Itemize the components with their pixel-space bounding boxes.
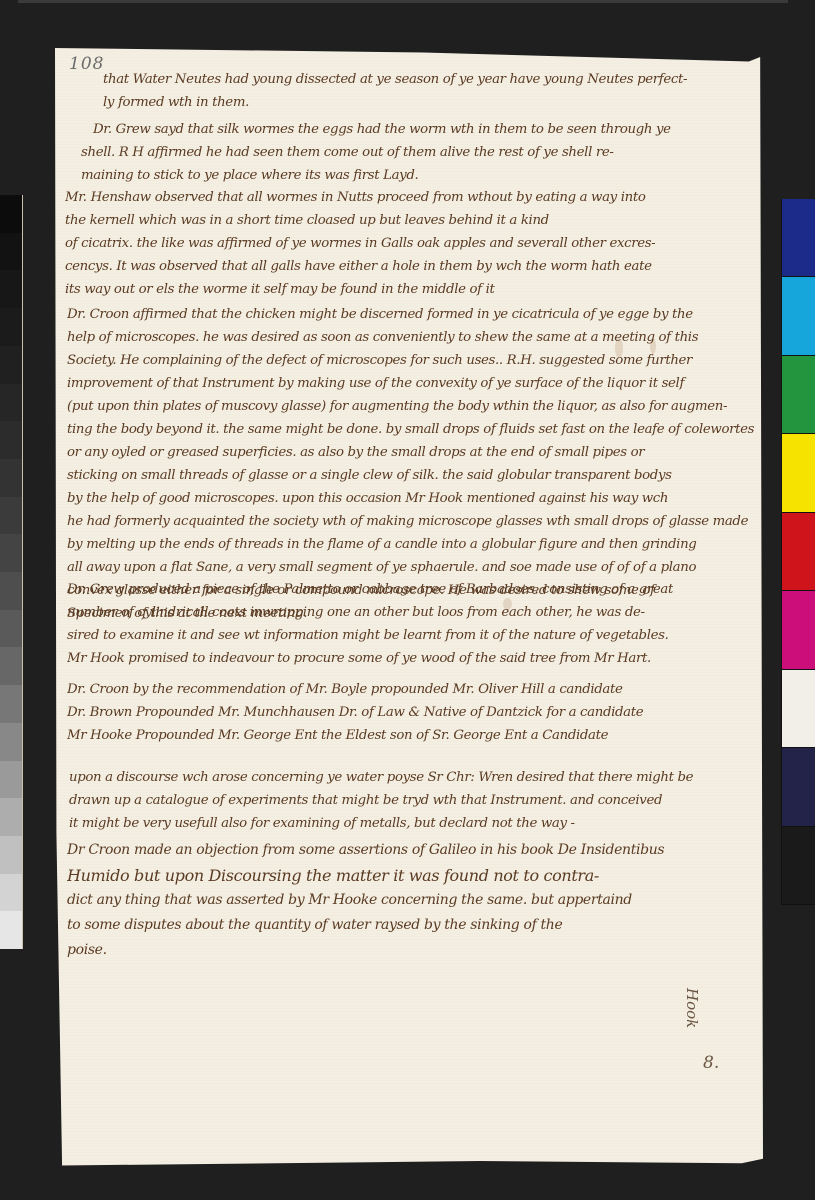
- text-line: Mr Hook promised to indeavour to procure…: [67, 647, 673, 670]
- text-line: sticking on small threads of glasse or a…: [67, 464, 754, 487]
- text-line: shell. R H affirmed he had seen them com…: [81, 141, 671, 164]
- grayscale-step: [0, 911, 22, 949]
- grayscale-step: [0, 761, 22, 799]
- text-line: by melting up the ends of threads in the…: [67, 533, 754, 556]
- color-swatch-blue: [782, 199, 815, 277]
- grayscale-step: [0, 647, 22, 685]
- text-line: Dr. Croon by the recommendation of Mr. B…: [67, 678, 643, 701]
- paragraph-nut-worms: Mr. Henshaw observed that all wormes in …: [65, 186, 655, 301]
- paragraph-candidates: Dr. Croon by the recommendation of Mr. B…: [67, 678, 643, 747]
- paragraph-galileo: Dr Croon made an objection from some ass…: [67, 838, 664, 963]
- grayscale-step: [0, 534, 22, 572]
- grayscale-step: [0, 308, 22, 346]
- text-line: Dr. Brown Propounded Mr. Munchhausen Dr.…: [67, 701, 643, 724]
- text-line: of cicatrix. the like was affirmed of ye…: [65, 232, 655, 255]
- paragraph-water-newts: that Water Neutes had young dissected at…: [91, 68, 687, 114]
- text-line: it might be very usefull also for examin…: [69, 812, 693, 835]
- color-swatch-green: [782, 356, 815, 434]
- color-swatch-cyan: [782, 277, 815, 355]
- paragraph-silk-worms: Dr. Grew sayd that silk wormes the eggs …: [81, 118, 671, 187]
- scan-top-edge: [18, 0, 788, 3]
- grayscale-step: [0, 421, 22, 459]
- grayscale-step: [0, 572, 22, 610]
- grayscale-step: [0, 233, 22, 271]
- grayscale-step: [0, 384, 22, 422]
- text-line: dict any thing that was asserted by Mr H…: [67, 888, 664, 913]
- text-line: drawn up a catalogue of experiments that…: [69, 789, 693, 812]
- grayscale-step: [0, 346, 22, 384]
- text-line: improvement of that Instrument by making…: [67, 372, 754, 395]
- color-calibration-chart: [781, 199, 815, 905]
- text-line: maining to stick to ye place where its w…: [81, 164, 671, 187]
- text-line: its way out or els the worme it self may…: [65, 278, 655, 301]
- manuscript-page: 108 that Water Neutes had young dissecte…: [55, 48, 763, 1170]
- paragraph-water-poyse: upon a discourse wch arose concerning ye…: [69, 766, 693, 835]
- text-line: Mr. Henshaw observed that all wormes in …: [65, 186, 655, 209]
- text-line: that Water Neutes had young dissected at…: [91, 68, 687, 91]
- text-line: to some disputes about the quantity of w…: [67, 913, 664, 938]
- margin-note: Hook: [683, 988, 701, 1028]
- grayscale-step: [0, 836, 22, 874]
- grayscale-step: [0, 497, 22, 535]
- grayscale-step: [0, 195, 22, 233]
- text-line: poise.: [67, 938, 664, 963]
- text-line: cencys. It was observed that all galls h…: [65, 255, 655, 278]
- text-line: Mr Hooke Propounded Mr. George Ent the E…: [67, 724, 643, 747]
- color-swatch-navy: [782, 748, 815, 826]
- paragraph-microscopes: Dr. Croon affirmed that the chicken migh…: [67, 303, 754, 625]
- text-line: the kernell which was in a short time cl…: [65, 209, 655, 232]
- text-line: Dr Croon made an objection from some ass…: [67, 838, 664, 863]
- grayscale-step: [0, 874, 22, 912]
- grayscale-step: [0, 723, 22, 761]
- color-swatch-yellow: [782, 434, 815, 512]
- text-line: number of cylindricall coats inwrapping …: [67, 601, 673, 624]
- text-line: Dr. Grew produced a piece of the Palmett…: [67, 578, 673, 601]
- grayscale-step: [0, 685, 22, 723]
- grayscale-calibration-strip: [0, 195, 23, 949]
- text-line: Humido but upon Discoursing the matter i…: [67, 863, 664, 888]
- text-line: (put upon thin plates of muscovy glasse)…: [67, 395, 754, 418]
- text-line: Society. He complaining of the defect of…: [67, 349, 754, 372]
- text-line: ting the body beyond it. the same might …: [67, 418, 754, 441]
- grayscale-step: [0, 610, 22, 648]
- text-line: he had formerly acquainted the society w…: [67, 510, 754, 533]
- text-line: by the help of good microscopes. upon th…: [67, 487, 754, 510]
- text-line: upon a discourse wch arose concerning ye…: [69, 766, 693, 789]
- grayscale-step: [0, 798, 22, 836]
- text-line: ly formed wth in them.: [91, 91, 687, 114]
- grayscale-step: [0, 459, 22, 497]
- text-line: or any oyled or greased superficies. as …: [67, 441, 754, 464]
- text-line: help of microscopes. he was desired as s…: [67, 326, 754, 349]
- color-swatch-black: [782, 827, 815, 905]
- color-swatch-magenta: [782, 591, 815, 669]
- text-line: sired to examine it and see wt informati…: [67, 624, 673, 647]
- paragraph-palmetto: Dr. Grew produced a piece of the Palmett…: [67, 578, 673, 670]
- text-line: all away upon a flat Sane, a very small …: [67, 556, 754, 579]
- text-line: Dr. Croon affirmed that the chicken migh…: [67, 303, 754, 326]
- margin-number: 8.: [703, 1053, 719, 1073]
- text-line: Dr. Grew sayd that silk wormes the eggs …: [81, 118, 671, 141]
- color-swatch-white: [782, 670, 815, 748]
- grayscale-step: [0, 270, 22, 308]
- color-swatch-red: [782, 513, 815, 591]
